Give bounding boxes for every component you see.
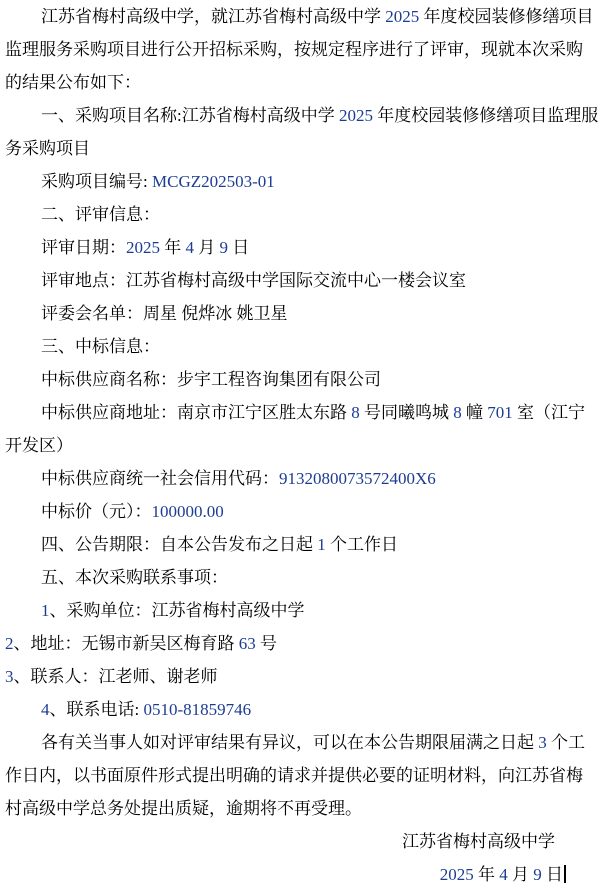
text-run: 中标供应商统一社会信用代码：	[41, 469, 279, 488]
text-run: 二、评审信息：	[41, 205, 160, 224]
text-run: 、地址：无锡市新吴区梅育路	[14, 634, 239, 653]
paragraph-19: 各有关当事人如对评审结果有异议，可以在本公告期限届满之日起 3 个工作日内，以书…	[5, 726, 599, 825]
text-run: 评审地点：江苏省梅村高级中学国际交流中心一楼会议室	[41, 271, 466, 290]
paragraph-20: 江苏省梅村高级中学	[5, 825, 599, 858]
paragraph-13: 四、公告期限：自本公告发布之日起 1 个工作日	[5, 528, 599, 561]
number-run: 4	[499, 865, 508, 883]
number-run: 4	[186, 238, 195, 257]
paragraph-1: 江苏省梅村高级中学，就江苏省梅村高级中学 2025 年度校园装修修缮项目监理服务…	[5, 0, 599, 99]
text-run: 月	[508, 865, 534, 883]
number-run: 701	[487, 403, 513, 422]
document-page: 江苏省梅村高级中学，就江苏省梅村高级中学 2025 年度校园装修修缮项目监理服务…	[0, 0, 603, 883]
text-run: 号	[256, 634, 277, 653]
paragraph-10: 中标供应商地址：南京市江宁区胜太东路 8 号同曦鸣城 8 幢 701 室（江宁开…	[5, 396, 599, 462]
text-run: 号同曦鸣城	[360, 403, 454, 422]
text-cursor	[564, 865, 566, 883]
paragraph-5: 评审日期：2025 年 4 月 9 日	[5, 231, 599, 264]
number-run: 9	[533, 865, 542, 883]
number-run: 2025	[385, 7, 419, 26]
text-run: 、联系人：江老师、谢老师	[14, 667, 218, 686]
text-run: 年	[160, 238, 186, 257]
text-run: 、采购单位：江苏省梅村高级中学	[50, 601, 305, 620]
number-run: 63	[239, 634, 256, 653]
text-run: 评委会名单：周星 倪烨冰 姚卫星	[41, 304, 288, 323]
paragraph-21: 2025 年 4 月 9 日	[5, 858, 599, 883]
paragraph-12: 中标价（元）：100000.00	[5, 495, 599, 528]
paragraph-15: 1、采购单位：江苏省梅村高级中学	[5, 594, 599, 627]
text-run: 采购项目编号:	[41, 172, 152, 191]
text-run: 江苏省梅村高级中学，就江苏省梅村高级中学	[41, 7, 385, 26]
text-run: 中标价（元）：	[41, 502, 152, 521]
paragraph-16: 2、地址：无锡市新吴区梅育路 63 号	[5, 627, 599, 660]
text-run: 评审日期：	[41, 238, 126, 257]
text-run: 各有关当事人如对评审结果有异议，可以在本公告期限届满之日起	[41, 733, 538, 752]
number-run: 8	[351, 403, 360, 422]
paragraph-2: 一、采购项目名称:江苏省梅村高级中学 2025 年度校园装修修缮项目监理服务采购…	[5, 99, 599, 165]
number-run: 2025	[126, 238, 160, 257]
paragraph-8: 三、中标信息：	[5, 330, 599, 363]
text-run: 幢	[462, 403, 488, 422]
text-run: 、联系电话:	[50, 700, 144, 719]
paragraph-3: 采购项目编号: MCGZ202503-01	[5, 165, 599, 198]
number-run: 4	[41, 700, 50, 719]
text-run: 中标供应商名称：步宇工程咨询集团有限公司	[41, 370, 381, 389]
document-body[interactable]: 江苏省梅村高级中学，就江苏省梅村高级中学 2025 年度校园装修修缮项目监理服务…	[5, 0, 599, 883]
number-run: 1	[317, 535, 326, 554]
text-run: 日	[228, 238, 249, 257]
paragraph-14: 五、本次采购联系事项：	[5, 561, 599, 594]
number-run: 1	[41, 601, 50, 620]
paragraph-18: 4、联系电话: 0510-81859746	[5, 693, 599, 726]
number-run: 2025	[339, 106, 373, 125]
text-run: 三、中标信息：	[41, 337, 160, 356]
number-run: 2025	[440, 865, 474, 883]
text-run: 一、采购项目名称:江苏省梅村高级中学	[41, 106, 339, 125]
text-run: 个工作日	[326, 535, 398, 554]
text-run: 江苏省梅村高级中学	[402, 832, 555, 851]
paragraph-4: 二、评审信息：	[5, 198, 599, 231]
number-run: 3	[5, 667, 14, 686]
number-run: 9	[220, 238, 229, 257]
number-run: 2	[5, 634, 14, 653]
number-run: 100000.00	[152, 502, 224, 521]
paragraph-6: 评审地点：江苏省梅村高级中学国际交流中心一楼会议室	[5, 264, 599, 297]
number-run: 9132080073572400X6	[279, 469, 436, 488]
number-run: 0510-81859746	[143, 700, 251, 719]
number-run: MCGZ202503-01	[152, 172, 275, 191]
number-run: 8	[453, 403, 462, 422]
paragraph-11: 中标供应商统一社会信用代码：9132080073572400X6	[5, 462, 599, 495]
text-run: 中标供应商地址：南京市江宁区胜太东路	[41, 403, 351, 422]
paragraph-9: 中标供应商名称：步宇工程咨询集团有限公司	[5, 363, 599, 396]
number-run: 3	[538, 733, 547, 752]
text-run: 四、公告期限：自本公告发布之日起	[41, 535, 317, 554]
text-run: 日	[542, 865, 563, 883]
text-run: 年	[474, 865, 500, 883]
paragraph-7: 评委会名单：周星 倪烨冰 姚卫星	[5, 297, 599, 330]
paragraph-17: 3、联系人：江老师、谢老师	[5, 660, 599, 693]
text-run: 月	[194, 238, 220, 257]
text-run: 五、本次采购联系事项：	[41, 568, 228, 587]
